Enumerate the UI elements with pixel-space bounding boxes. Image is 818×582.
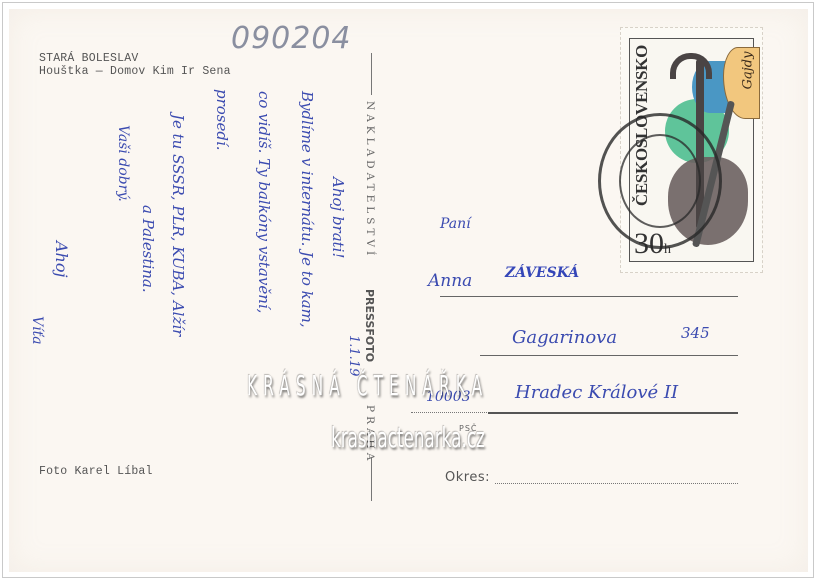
message-line-3: co vidíš. Ty balkóny vstavění,	[255, 91, 273, 313]
photo-credit: Foto Karel Líbal	[39, 465, 153, 478]
stamp-inscription: Gajdy	[740, 52, 755, 90]
message-line-6: a Palestina.	[139, 205, 157, 293]
message-line-7: Vaši dobrý.	[115, 125, 131, 202]
postal-code-line	[411, 412, 487, 413]
message-signature: Víťa	[29, 316, 45, 345]
address-street: Gagarinova	[512, 327, 617, 348]
divider-bottom	[371, 457, 372, 501]
message-line-5: Je tu SSSR, PLR, KUBA, Alžír	[169, 114, 187, 336]
address-line-3	[488, 412, 738, 414]
publisher-brand: PRESSFOTO	[363, 289, 376, 362]
okres-line	[495, 483, 738, 484]
address-surname: ZÁVESKÁ	[505, 265, 579, 281]
message-line-8: Ahoj	[52, 241, 71, 277]
address-house-number: 345	[681, 324, 710, 342]
postcard-back: 090204 STARÁ BOLESLAV Houštka — Domov Ki…	[9, 9, 808, 572]
address-line-1	[440, 296, 738, 297]
address-line-2	[480, 355, 738, 356]
message-line-1: Ahoj brati!	[329, 177, 347, 259]
postmark-inner-ring	[619, 134, 701, 228]
message-line-4: prosedí.	[213, 89, 231, 151]
watermark-title: KRÁSNÁ ČTENÁŘKA	[247, 369, 488, 402]
watermark-url: krasnactenarka.cz	[331, 421, 485, 454]
address-city: Hradec Králové II	[515, 382, 678, 403]
address-salutation: Paní	[440, 216, 471, 232]
okres-label: Okres:	[445, 470, 490, 485]
caption-title: STARÁ BOLESLAV	[39, 52, 138, 65]
postmark	[598, 113, 722, 249]
bagpipe-crook-icon	[670, 53, 712, 79]
address-first-name: Anna	[428, 271, 472, 291]
archive-number: 090204	[231, 21, 352, 56]
message-line-2: Bydlíme v internátu. Je to kam,	[298, 91, 316, 328]
publisher-name: NAKLADATELSTVÍ	[364, 101, 376, 259]
divider-top	[371, 53, 372, 95]
caption-subtitle: Houštka — Domov Kim Ir Sena	[39, 65, 231, 78]
